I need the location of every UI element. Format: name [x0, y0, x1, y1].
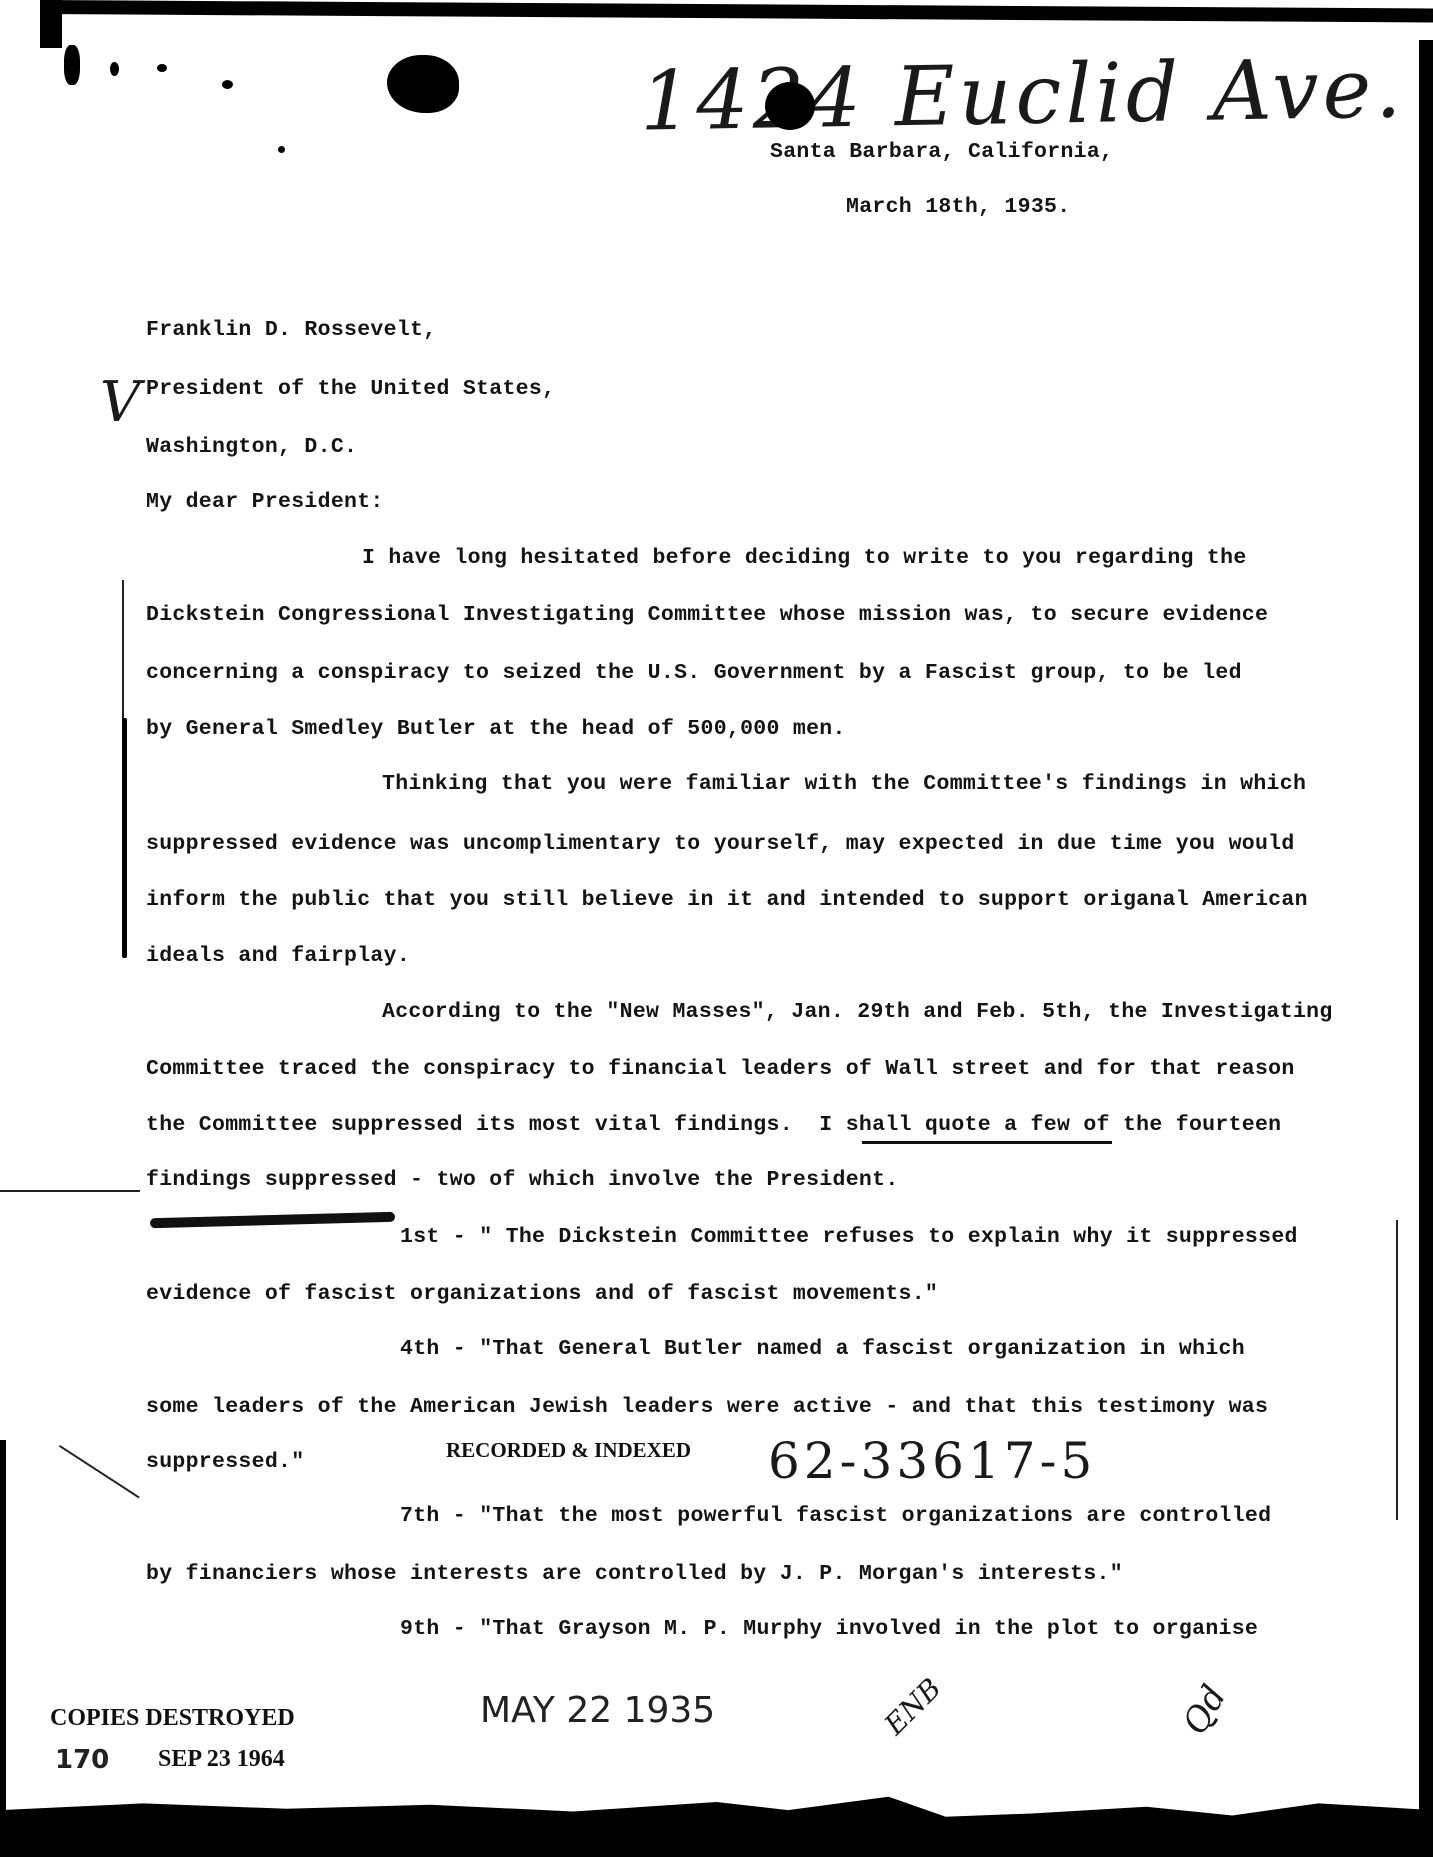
ink-blot [222, 80, 233, 89]
body-line: evidence of fascist organizations and of… [146, 1282, 938, 1306]
finding-4th: 4th - "That General Butler named a fasci… [400, 1337, 1245, 1361]
recipient-location: Washington, D.C. [146, 435, 357, 459]
body-line: by financiers whose interests are contro… [146, 1562, 1123, 1586]
finding-7th: 7th - "That the most powerful fascist or… [400, 1504, 1271, 1528]
body-line: I have long hesitated before deciding to… [362, 546, 1247, 570]
copies-count: 170 [55, 1745, 109, 1775]
handwritten-underline [862, 1141, 1112, 1144]
ink-blot [765, 82, 815, 130]
right-margin-line [1396, 1220, 1398, 1520]
handwritten-address: 1424 Euclid Ave. [639, 41, 1406, 149]
copies-destroyed-stamp: COPIES DESTROYED [50, 1705, 295, 1732]
body-line: concerning a conspiracy to seized the U.… [146, 661, 1242, 685]
finding-1st: 1st - " The Dickstein Committee refuses … [400, 1225, 1298, 1249]
margin-scribble [150, 1212, 395, 1228]
received-date-stamp: MAY 22 1935 [480, 1690, 715, 1731]
initials-annotation: ENB [878, 1672, 948, 1742]
body-line: Thinking that you were familiar with the… [382, 772, 1306, 796]
initials-annotation: Qd [1175, 1679, 1234, 1742]
letter-city-line: Santa Barbara, California, [770, 140, 1113, 164]
margin-bracket [122, 718, 127, 958]
ink-blot [157, 64, 167, 72]
ink-blot [110, 62, 119, 76]
scan-edge-left [0, 1440, 6, 1840]
body-line: the Committee suppressed its most vital … [146, 1113, 1281, 1137]
scan-edge-right [1419, 40, 1433, 1840]
body-line: According to the "New Masses", Jan. 29th… [382, 1000, 1333, 1024]
body-line: suppressed evidence was uncomplimentary … [146, 832, 1295, 856]
recipient-name: Franklin D. Rossevelt, [146, 318, 436, 342]
recipient-title: President of the United States, [146, 377, 555, 401]
scanned-letter-page: 1424 Euclid Ave. Santa Barbara, Californ… [0, 0, 1433, 1857]
body-line: Committee traced the conspiracy to finan… [146, 1057, 1295, 1081]
finding-9th: 9th - "That Grayson M. P. Murphy involve… [400, 1617, 1258, 1641]
body-line: ideals and fairplay. [146, 944, 410, 968]
ink-blot [278, 146, 285, 153]
scan-edge-bottom [0, 1790, 1433, 1857]
body-line: findings suppressed - two of which invol… [146, 1168, 899, 1192]
body-line: inform the public that you still believe… [146, 888, 1308, 912]
body-line: by General Smedley Butler at the head of… [146, 717, 846, 741]
recorded-indexed-stamp: RECORDED & INDEXED [446, 1438, 691, 1463]
file-number-handwritten: 62-33617-5 [768, 1432, 1096, 1490]
margin-diagonal [59, 1445, 140, 1498]
scan-edge-top [40, 0, 1433, 23]
body-line: Dickstein Congressional Investigating Co… [146, 603, 1268, 627]
ink-blot [64, 45, 80, 85]
scan-edge-corner [40, 0, 62, 48]
body-line: some leaders of the American Jewish lead… [146, 1395, 1268, 1419]
body-line: suppressed." [146, 1450, 304, 1474]
ink-blot-heart [387, 55, 459, 113]
letter-date: March 18th, 1935. [846, 195, 1070, 219]
salutation: My dear President: [146, 490, 384, 514]
checkmark-annotation: V [100, 370, 140, 435]
margin-line [122, 580, 124, 720]
destroyed-date-stamp: SEP 23 1964 [158, 1746, 285, 1773]
rule-line [0, 1190, 140, 1192]
